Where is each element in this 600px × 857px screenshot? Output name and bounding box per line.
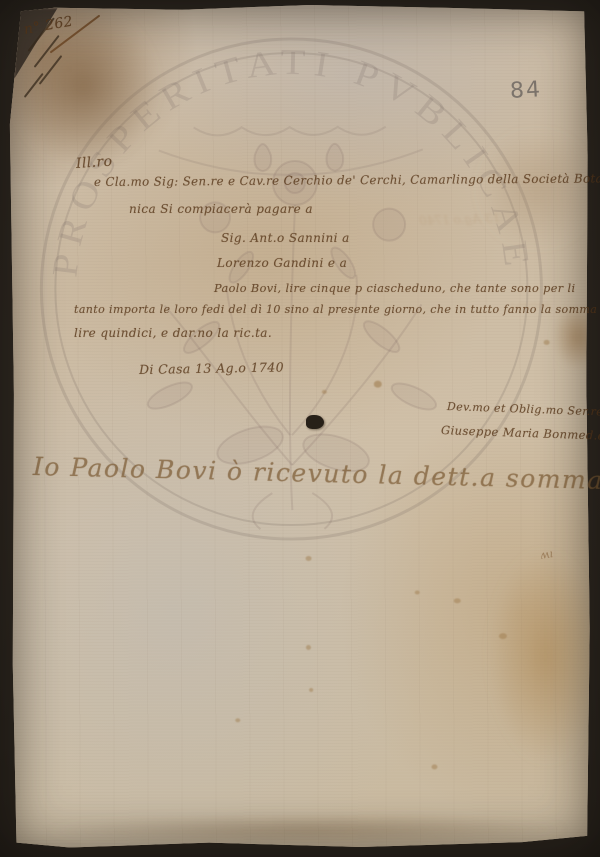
fox-spot bbox=[454, 598, 461, 603]
ink-blot bbox=[306, 415, 324, 429]
date-line: Di Casa 13 Ag.o 1740 bbox=[139, 359, 284, 377]
watermark-garland bbox=[159, 126, 423, 175]
fox-spot bbox=[374, 381, 382, 388]
fox-spot bbox=[431, 764, 437, 769]
fox-spot bbox=[235, 718, 240, 722]
fox-spot bbox=[309, 688, 313, 692]
scanned-manuscript-page: PROSPERITATI PVBLICAE bbox=[0, 0, 600, 857]
manuscript-line: lire quindici, e dar.no la ric.ta. bbox=[74, 326, 272, 340]
manuscript-line: Lorenzo Gandini e a bbox=[217, 256, 347, 270]
manuscript-line: tanto importa le loro fedi del dì 10 sin… bbox=[74, 302, 600, 316]
manuscript-line: Sig. Ant.o Sannini a bbox=[221, 231, 350, 245]
manuscript-line: nica Si compiacerà pagare a bbox=[129, 202, 313, 216]
fox-spot bbox=[499, 633, 507, 639]
stain bbox=[42, 812, 572, 848]
corner-hatch-stroke bbox=[39, 55, 63, 85]
manuscript-line: Paolo Bovi, lire cinque p ciascheduno, c… bbox=[214, 281, 576, 295]
ink-scribble: ʍı bbox=[539, 547, 554, 562]
salutation-flourish: Ill.ro bbox=[75, 153, 112, 172]
fox-spot bbox=[306, 556, 312, 561]
fox-spot bbox=[544, 340, 550, 345]
corner-hatch-stroke bbox=[24, 73, 44, 98]
fox-spot bbox=[306, 645, 311, 650]
fox-spot bbox=[415, 590, 420, 594]
fox-spot bbox=[322, 390, 327, 394]
stain bbox=[489, 549, 600, 764]
stain bbox=[477, 129, 598, 250]
page-number: 84 bbox=[509, 77, 542, 104]
